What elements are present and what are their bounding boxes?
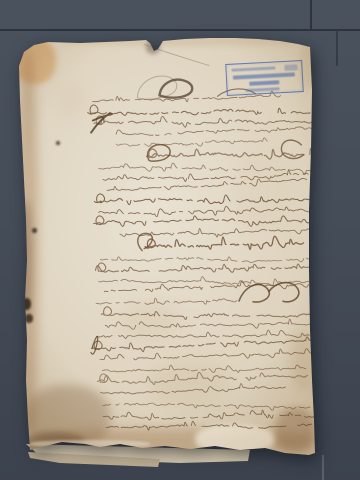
paper-stain xyxy=(32,228,37,233)
paper-surface xyxy=(0,0,360,480)
paper-stain xyxy=(230,150,290,230)
paper-stain xyxy=(14,38,56,84)
paper-stain xyxy=(195,424,275,454)
paper-stain xyxy=(30,448,140,453)
stamp-text-line xyxy=(233,72,295,79)
photo-background xyxy=(0,0,360,480)
paper-stain xyxy=(22,298,31,310)
manuscript-page xyxy=(0,0,360,480)
stamp-text-line xyxy=(249,80,279,86)
paper-stain xyxy=(60,36,310,46)
paper-stain xyxy=(146,40,160,54)
paper-stain xyxy=(120,300,180,340)
paper-stain xyxy=(55,80,85,120)
stamp-text-line xyxy=(284,64,297,71)
stamp-text-line xyxy=(246,87,280,92)
paper-stain xyxy=(56,141,60,145)
paper-stain xyxy=(150,360,230,410)
paper-stain xyxy=(275,408,315,453)
paper-stain xyxy=(25,314,33,323)
archive-stamp-icon xyxy=(225,60,304,96)
paper-stains xyxy=(0,0,360,480)
stamp-text-line xyxy=(231,66,275,71)
paper-stain xyxy=(30,440,150,448)
paper-stain xyxy=(290,330,316,390)
